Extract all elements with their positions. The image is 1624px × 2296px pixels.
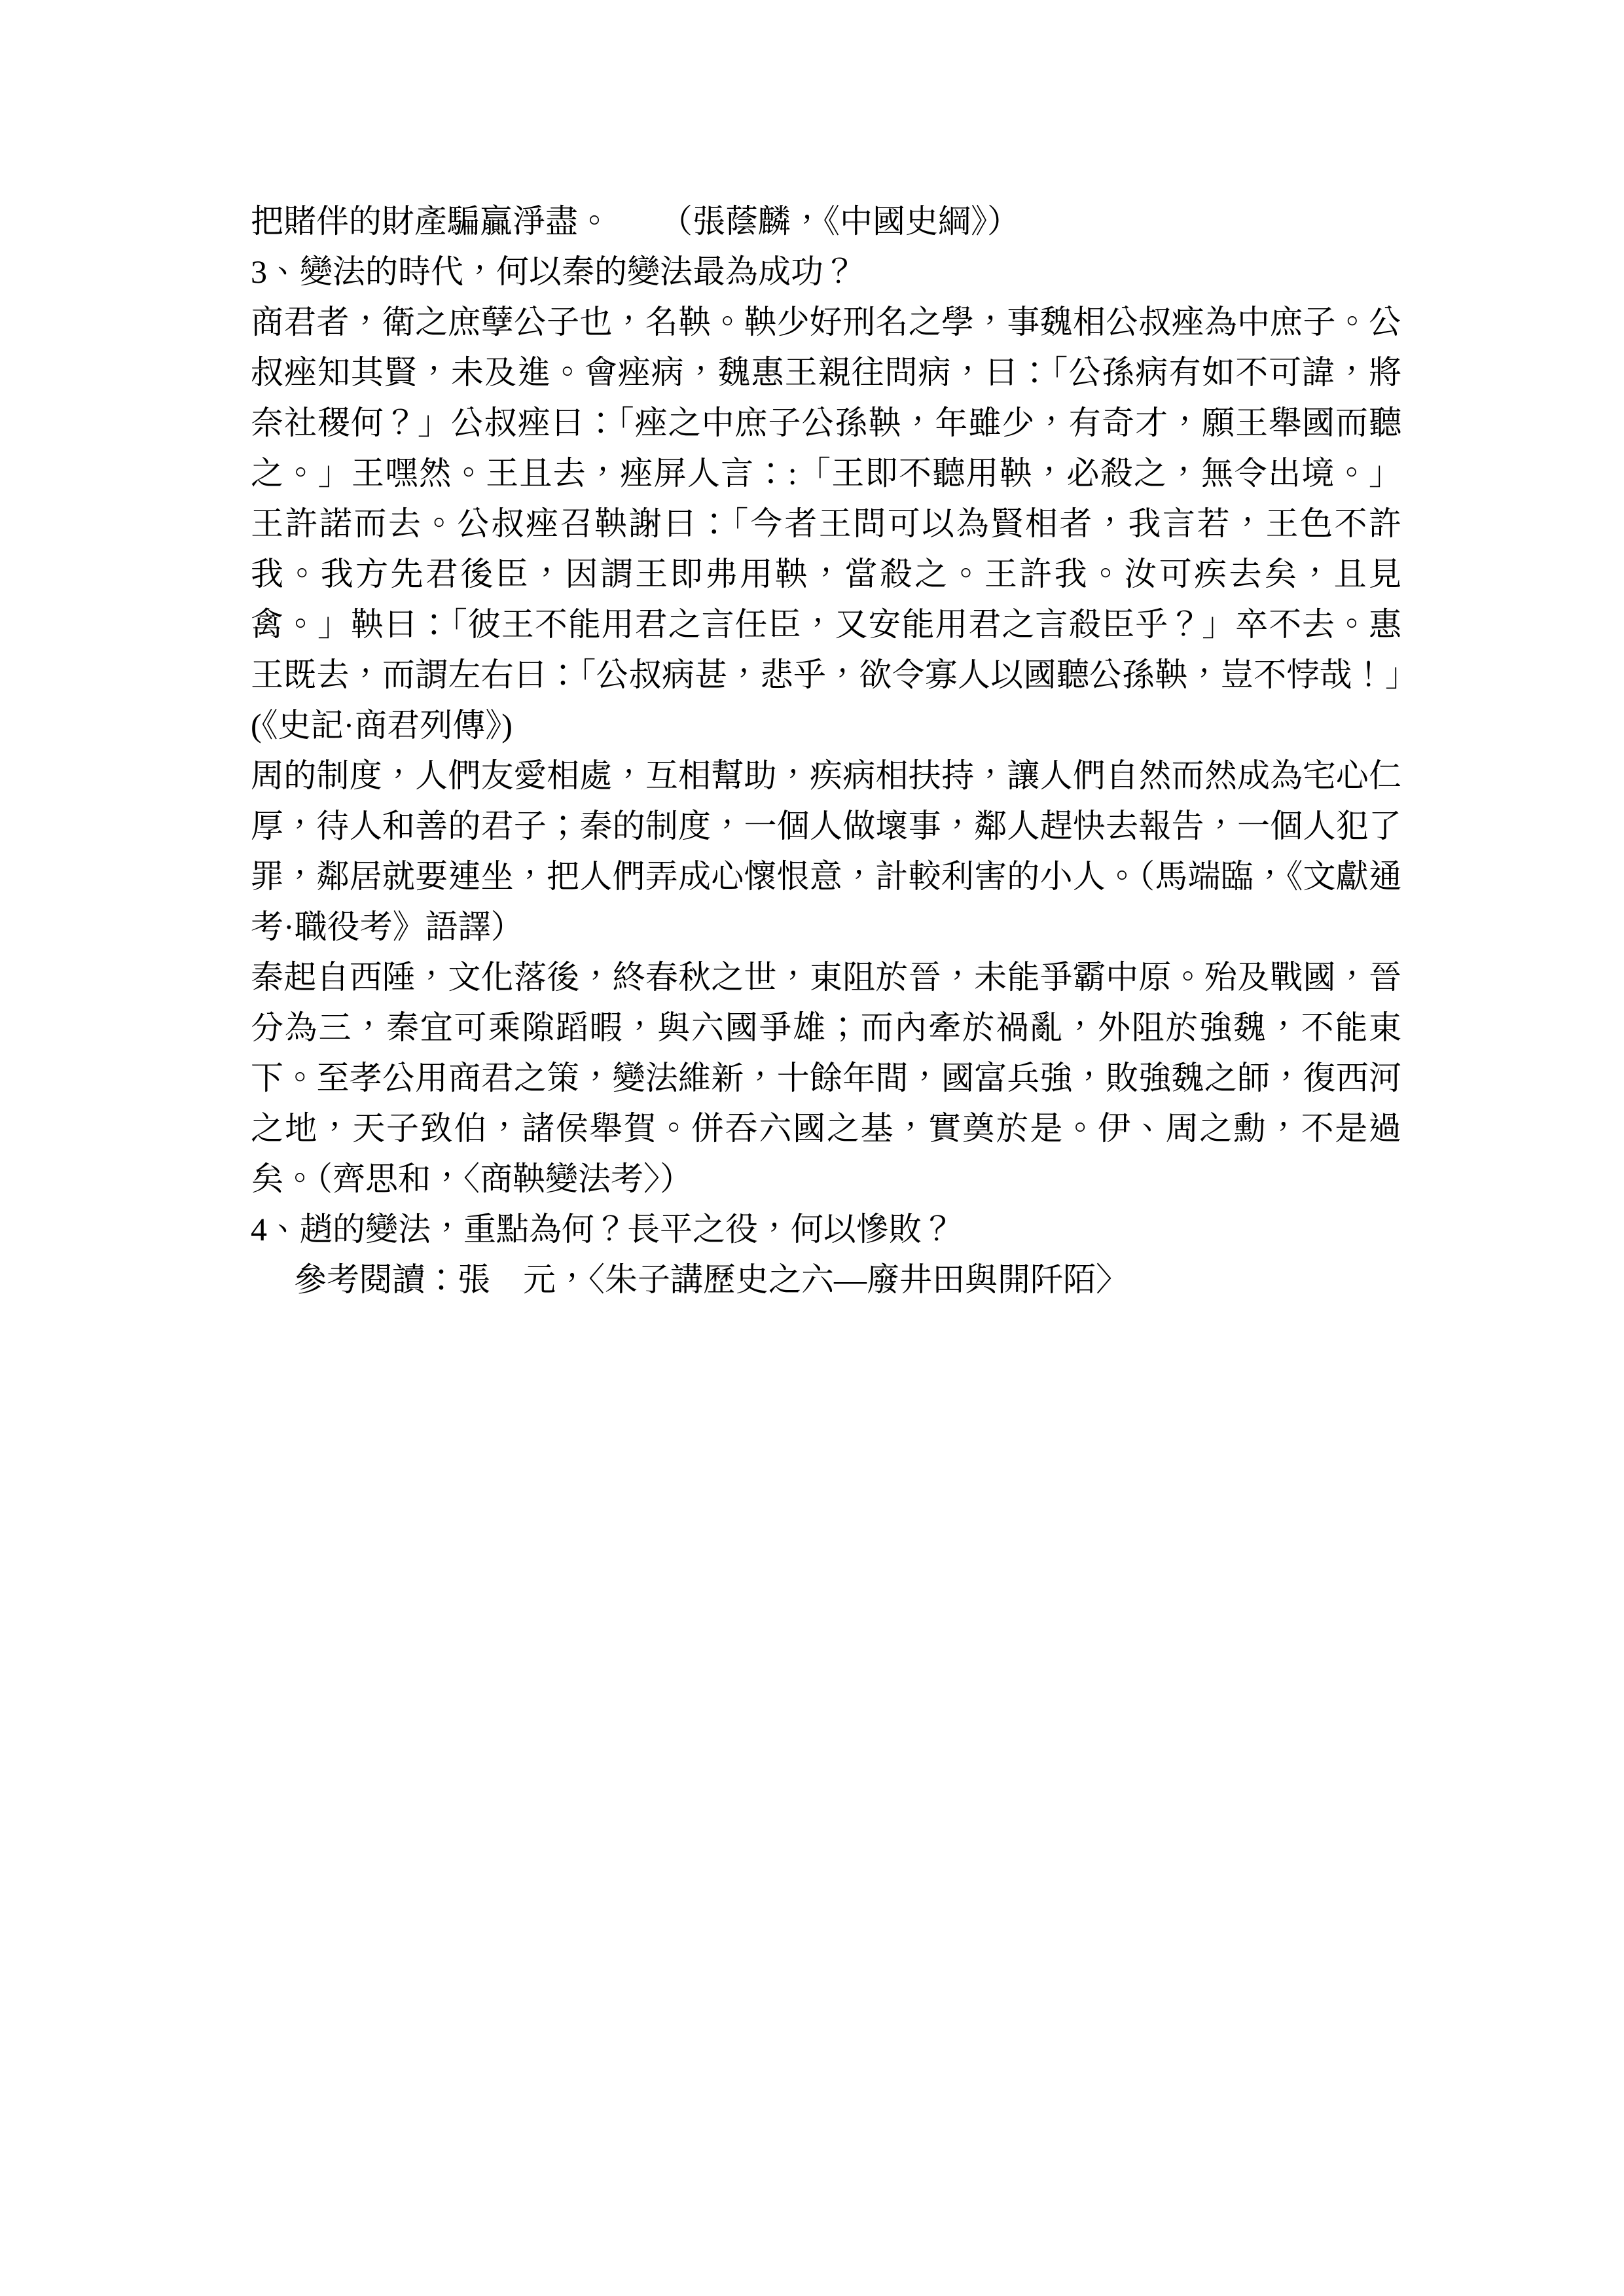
document-page: 把賭伴的財產騙贏淨盡。 （張蔭麟，《中國史綱》） 3、變法的時代，何以秦的變法最… [0, 0, 1624, 2296]
passage-wenxian-tongkao: 周的制度，人們友愛相處，互相幫助，疾病相扶持，讓人們自然而然成為宅心仁厚，待人和… [251, 751, 1401, 952]
reference-reading-line: 參考閱讀：張 元，〈朱子講歷史之六—廢井田與開阡陌〉 [251, 1255, 1401, 1305]
quote-zhang-yinlin-citation-line: 把賭伴的財產騙贏淨盡。 （張蔭麟，《中國史綱》） [251, 196, 1401, 247]
passage-shiji-shangjun-liezhuan: 商君者，衛之庶孽公子也，名鞅。鞅少好刑名之學，事魏相公叔痤為中庶子。公叔痤知其賢… [251, 297, 1401, 751]
question-3: 3、變法的時代，何以秦的變法最為成功？ [251, 247, 1401, 297]
question-4: 4、趙的變法，重點為何？長平之役，何以慘敗？ [251, 1204, 1401, 1255]
passage-qi-sihe-shangyang-bianfa-kao: 秦起自西陲，文化落後，終春秋之世，東阻於晉，未能爭霸中原。殆及戰國，晉分為三，秦… [251, 952, 1401, 1204]
text-block: 把賭伴的財產騙贏淨盡。 （張蔭麟，《中國史綱》） 3、變法的時代，何以秦的變法最… [251, 196, 1401, 1305]
